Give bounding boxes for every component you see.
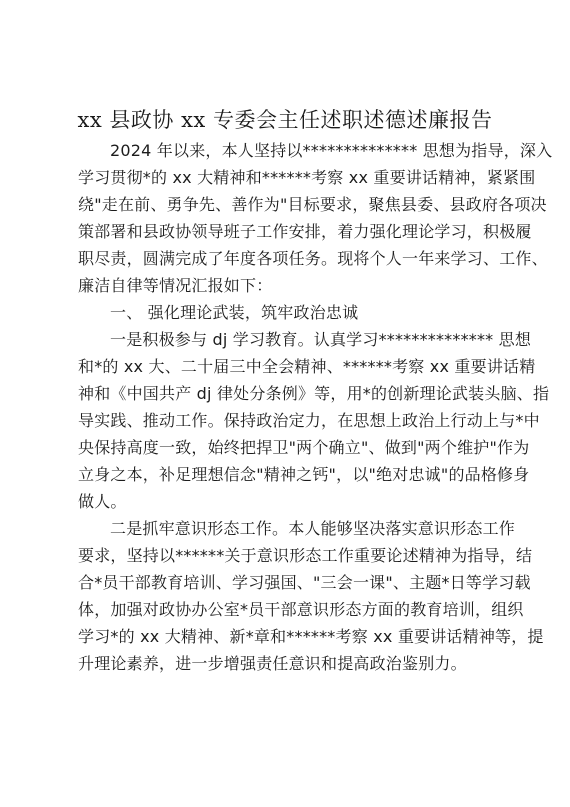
- paragraph-line: 学习*的 xx 大精神、新*章和******考察 xx 重要讲话精神等，提: [78, 623, 500, 650]
- paragraph-line: 升理论素养，进一步增强责任意识和提高政治鉴别力。: [78, 650, 500, 677]
- paragraph-line: 2024 年以来，本人坚持以************** 思想为指导，深入: [78, 137, 500, 164]
- paragraph-line: 导实践、推动工作。保持政治定力，在思想上政治上行动上与*中: [78, 407, 500, 434]
- paragraph-line: 体，加强对政协办公室*员干部意识形态方面的教育培训，组织: [78, 596, 500, 623]
- paragraph-line: 职尽责，圆满完成了年度各项任务。现将个人一年来学习、工作、: [78, 245, 500, 272]
- paragraph-line: 要求，坚持以******关于意识形态工作重要论述精神为指导，结: [78, 542, 500, 569]
- document-body: 2024 年以来，本人坚持以************** 思想为指导，深入 学习…: [78, 137, 500, 677]
- document-title: xx 县政协 xx 专委会主任述职述德述廉报告: [0, 106, 570, 134]
- paragraph-line: 策部署和县政协领导班子工作安排，着力强化理论学习，积极履: [78, 218, 500, 245]
- section-heading: 一、 强化理论武装，筑牢政治忠诚: [78, 299, 500, 326]
- paragraph-line: 一是积极参与 dj 学习教育。认真学习************** 思想: [78, 326, 500, 353]
- paragraph-line: 绕"走在前、勇争先、善作为"目标要求，聚焦县委、县政府各项决: [78, 191, 500, 218]
- paragraph-line: 合*员干部教育培训、学习强国、"三会一课"、主题*日等学习载: [78, 569, 500, 596]
- paragraph-line: 神和《中国共产 dj 律处分条例》等，用*的创新理论武装头脑、指: [78, 380, 500, 407]
- paragraph-line: 廉洁自律等情况汇报如下：: [78, 272, 500, 299]
- paragraph-line: 央保持高度一致，始终把捍卫"两个确立"、做到"两个维护"作为: [78, 434, 500, 461]
- paragraph-line: 二是抓牢意识形态工作。本人能够坚决落实意识形态工作: [78, 515, 500, 542]
- paragraph-line: 学习贯彻*的 xx 大精神和******考察 xx 重要讲话精神，紧紧围: [78, 164, 500, 191]
- paragraph-line: 和*的 xx 大、二十届三中全会精神、******考察 xx 重要讲话精: [78, 353, 500, 380]
- paragraph-line: 做人。: [78, 488, 500, 515]
- document-page: xx 县政协 xx 专委会主任述职述德述廉报告 2024 年以来，本人坚持以**…: [0, 0, 570, 807]
- paragraph-line: 立身之本，补足理想信念"精神之钙"，以"绝对忠诚"的品格修身: [78, 461, 500, 488]
